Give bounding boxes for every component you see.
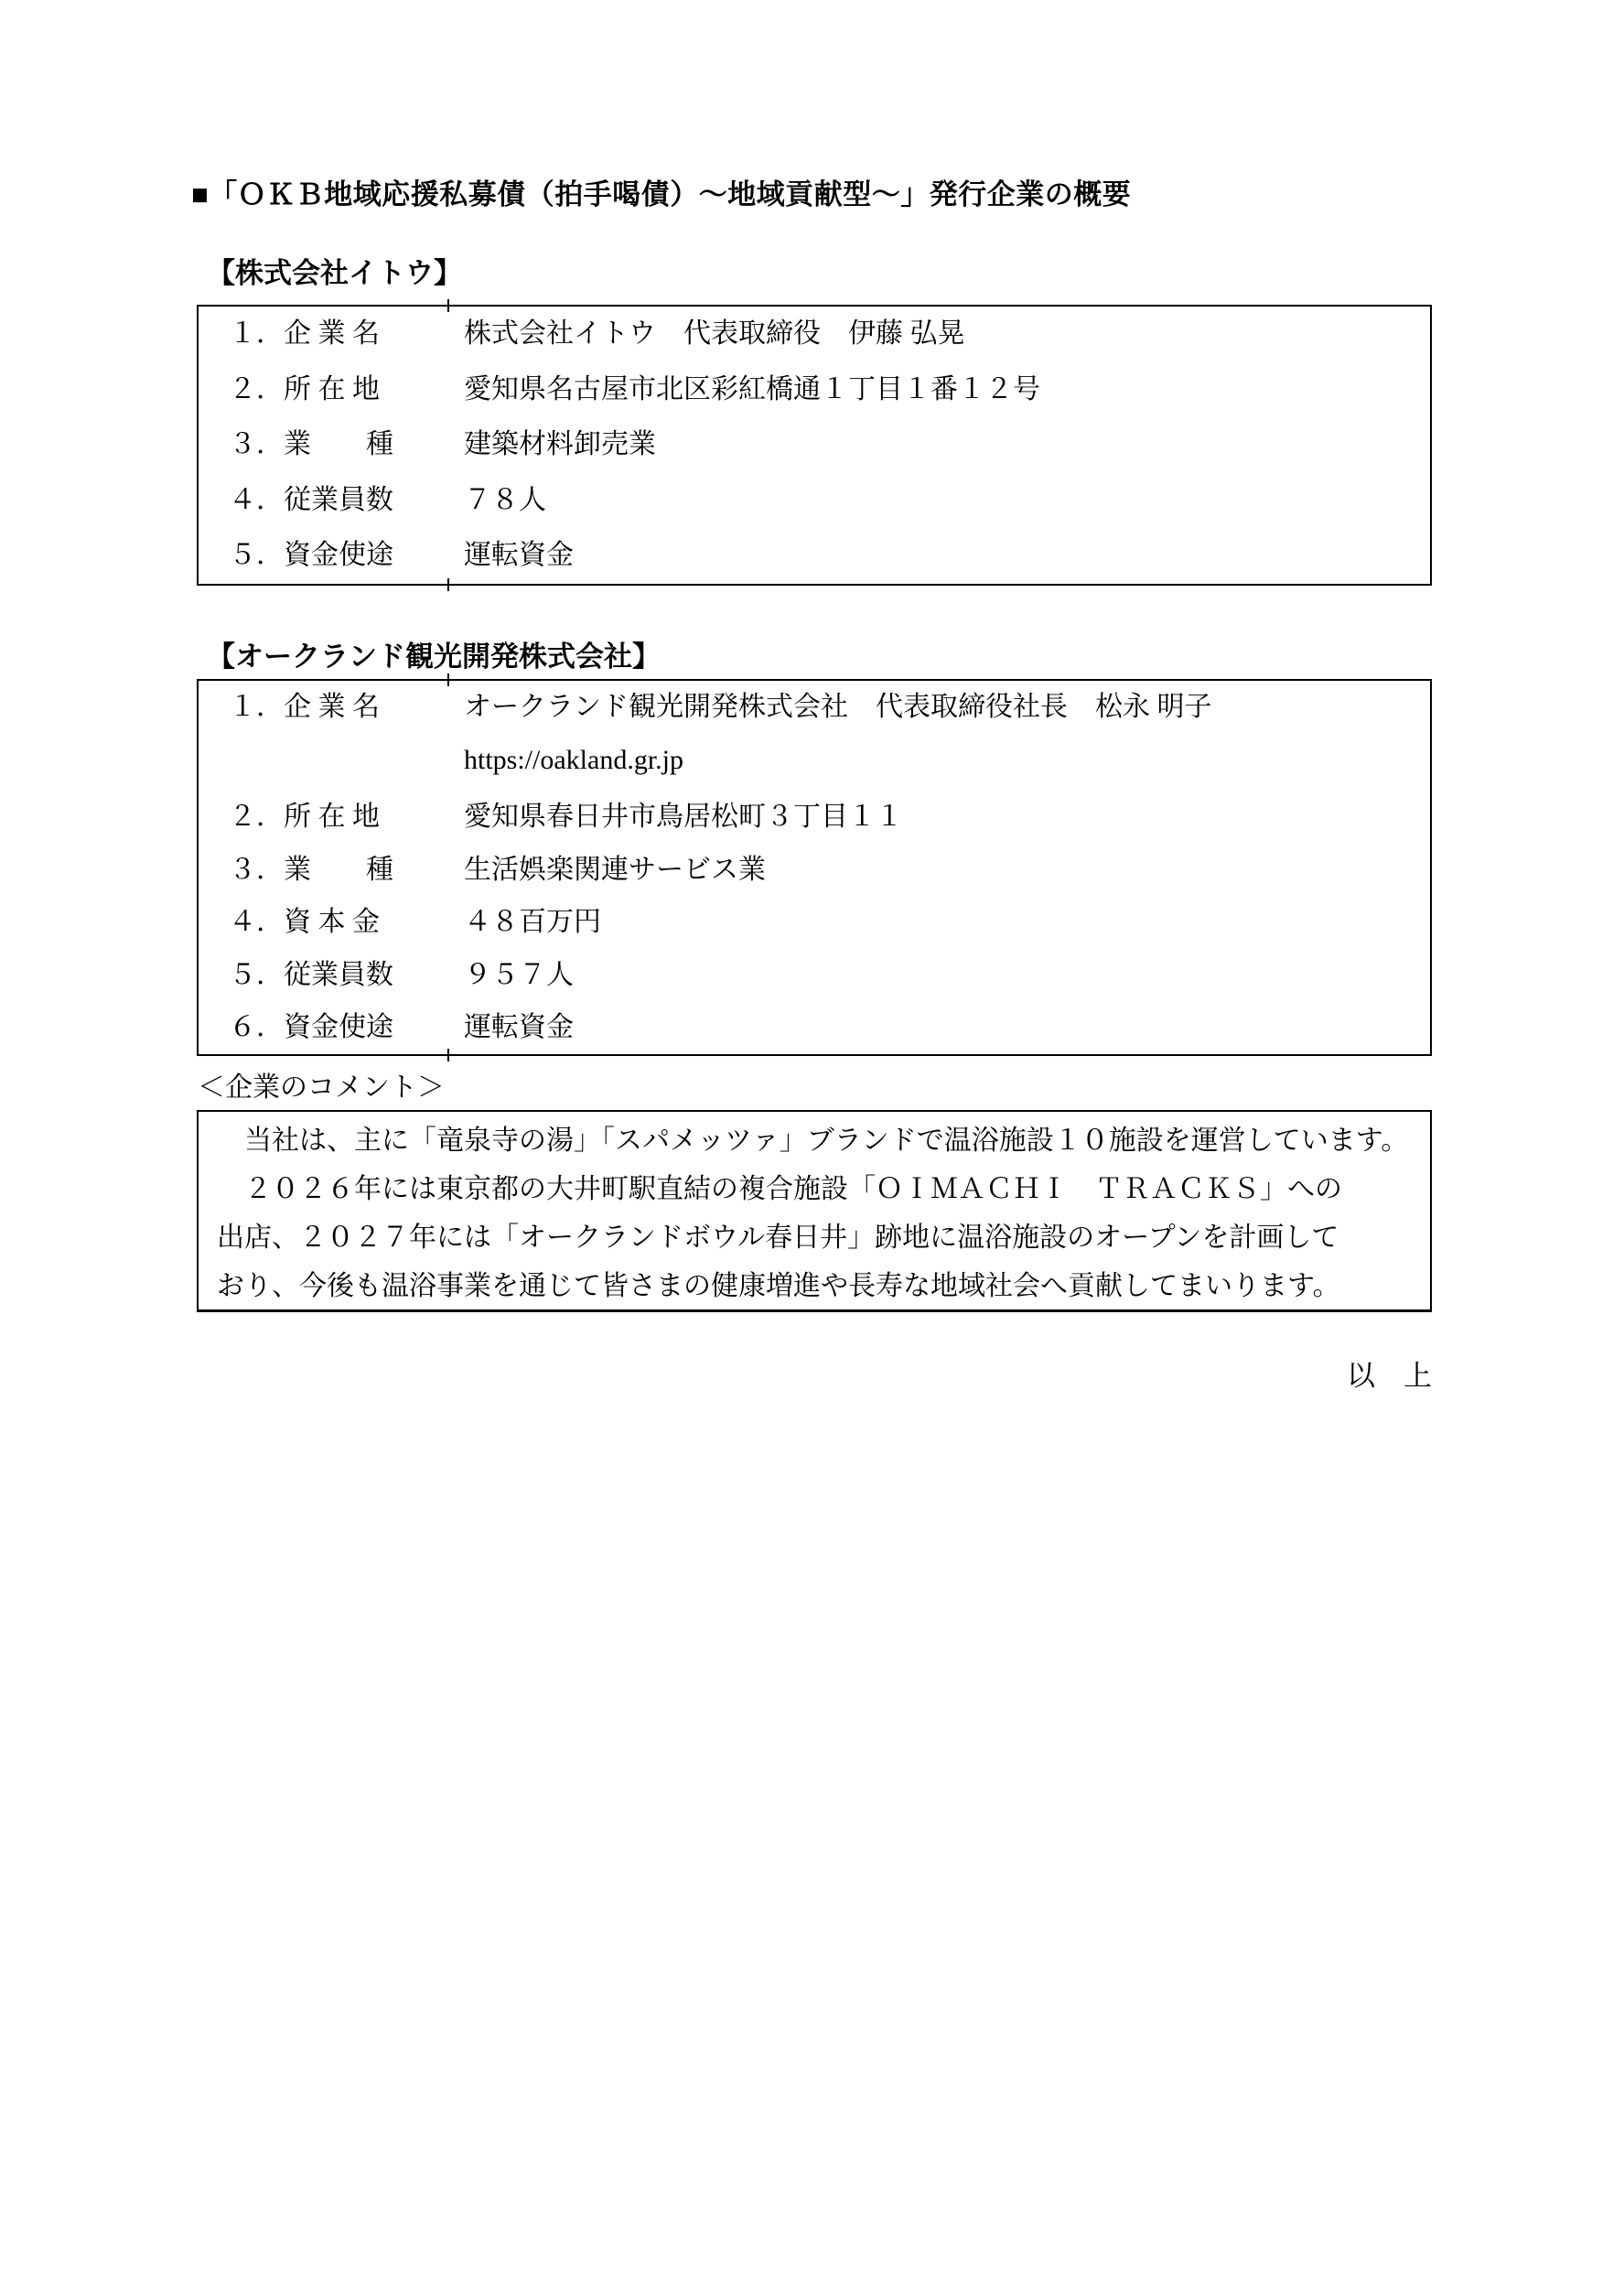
- comment-line: 出店、２０２７年には「オークランドボウル春日井」跡地に温浴施設のオープンを計画し…: [217, 1213, 1412, 1262]
- row-value: ７８人: [448, 473, 1430, 529]
- column-divider-tick-top: [447, 673, 449, 686]
- row-value: 愛知県春日井市鳥居松町３丁目１１: [448, 791, 1430, 844]
- comment-line: 当社は、主に「竜泉寺の湯」「スパメッツァ」ブランドで温浴施設１０施設を運営してい…: [217, 1116, 1412, 1165]
- row-label: ６．資金使途: [199, 1001, 448, 1054]
- table-row: ３．業 種 建築材料卸売業: [199, 417, 1430, 473]
- closing-mark: 以 上: [197, 1361, 1432, 1392]
- row-label: ４．資 本 金: [199, 896, 448, 949]
- company-url: https://oakland.gr.jp: [464, 734, 1430, 787]
- row-value: 運転資金: [448, 528, 1430, 584]
- row-value: 生活娯楽関連サービス業: [448, 844, 1430, 897]
- company-1-table: １．企 業 名 株式会社イトウ 代表取締役 伊藤 弘晃 ２．所 在 地 愛知県名…: [197, 305, 1432, 586]
- row-value: オークランド観光開発株式会社 代表取締役社長 松永 明子 https://oak…: [448, 681, 1430, 791]
- table-row: ５．従業員数 ９５７人: [199, 949, 1430, 1002]
- company-2-header: 【オークランド観光開発株式会社】: [207, 641, 661, 673]
- comment-line: ２０２６年には東京都の大井町駅直結の複合施設「ＯＩＭＡＣＨＩ ＴＲＡＣＫＳ」への: [217, 1165, 1412, 1213]
- row-value: 愛知県名古屋市北区彩紅橋通１丁目１番１２号: [448, 362, 1430, 418]
- row-label: ２．所 在 地: [199, 791, 448, 844]
- row-label: １．企 業 名: [199, 307, 448, 362]
- row-value: 株式会社イトウ 代表取締役 伊藤 弘晃: [448, 307, 1430, 362]
- company-comment-box: 当社は、主に「竜泉寺の湯」「スパメッツァ」ブランドで温浴施設１０施設を運営してい…: [197, 1110, 1432, 1312]
- row-value: ９５７人: [448, 949, 1430, 1002]
- row-label: ３．業 種: [199, 417, 448, 473]
- table-row: ３．業 種 生活娯楽関連サービス業: [199, 844, 1430, 897]
- table-row: １．企 業 名 株式会社イトウ 代表取締役 伊藤 弘晃: [199, 307, 1430, 362]
- row-label: ２．所 在 地: [199, 362, 448, 418]
- row-label: ５．資金使途: [199, 528, 448, 584]
- table-row: ４．従業員数 ７８人: [199, 473, 1430, 529]
- table-row: ４．資 本 金 ４８百万円: [199, 896, 1430, 949]
- comment-line: おり、今後も温浴事業を通じて皆さまの健康増進や長寿な地域社会へ貢献してまいります…: [217, 1262, 1412, 1310]
- table-row: ２．所 在 地 愛知県春日井市鳥居松町３丁目１１: [199, 791, 1430, 844]
- table-row: ２．所 在 地 愛知県名古屋市北区彩紅橋通１丁目１番１２号: [199, 362, 1430, 418]
- comment-section-heading: ＜企業のコメント＞: [198, 1072, 445, 1104]
- row-label: ４．従業員数: [199, 473, 448, 529]
- table-row: ６．資金使途 運転資金: [199, 1001, 1430, 1054]
- table-row: ５．資金使途 運転資金: [199, 528, 1430, 584]
- company-1-header: 【株式会社イトウ】: [207, 257, 462, 290]
- company-2-table: １．企 業 名 オークランド観光開発株式会社 代表取締役社長 松永 明子 htt…: [197, 679, 1432, 1056]
- row-value: ４８百万円: [448, 896, 1430, 949]
- document-page: ■「ＯＫＢ地域応援私募債（拍手喝債）～地域貢献型～」発行企業の概要 【株式会社イ…: [0, 0, 1624, 2295]
- table-row: １．企 業 名 オークランド観光開発株式会社 代表取締役社長 松永 明子 htt…: [199, 681, 1430, 791]
- company-name-line: オークランド観光開発株式会社 代表取締役社長 松永 明子: [464, 681, 1430, 734]
- row-value: 運転資金: [448, 1001, 1430, 1054]
- column-divider-tick-top: [447, 299, 449, 312]
- page-title: ■「ＯＫＢ地域応援私募債（拍手喝債）～地域貢献型～」発行企業の概要: [191, 179, 1131, 210]
- row-label: ３．業 種: [199, 844, 448, 897]
- row-value: 建築材料卸売業: [448, 417, 1430, 473]
- row-label: ５．従業員数: [199, 949, 448, 1002]
- row-label: １．企 業 名: [199, 681, 448, 791]
- column-divider-tick-bottom: [447, 578, 449, 591]
- column-divider-tick-bottom: [447, 1049, 449, 1061]
